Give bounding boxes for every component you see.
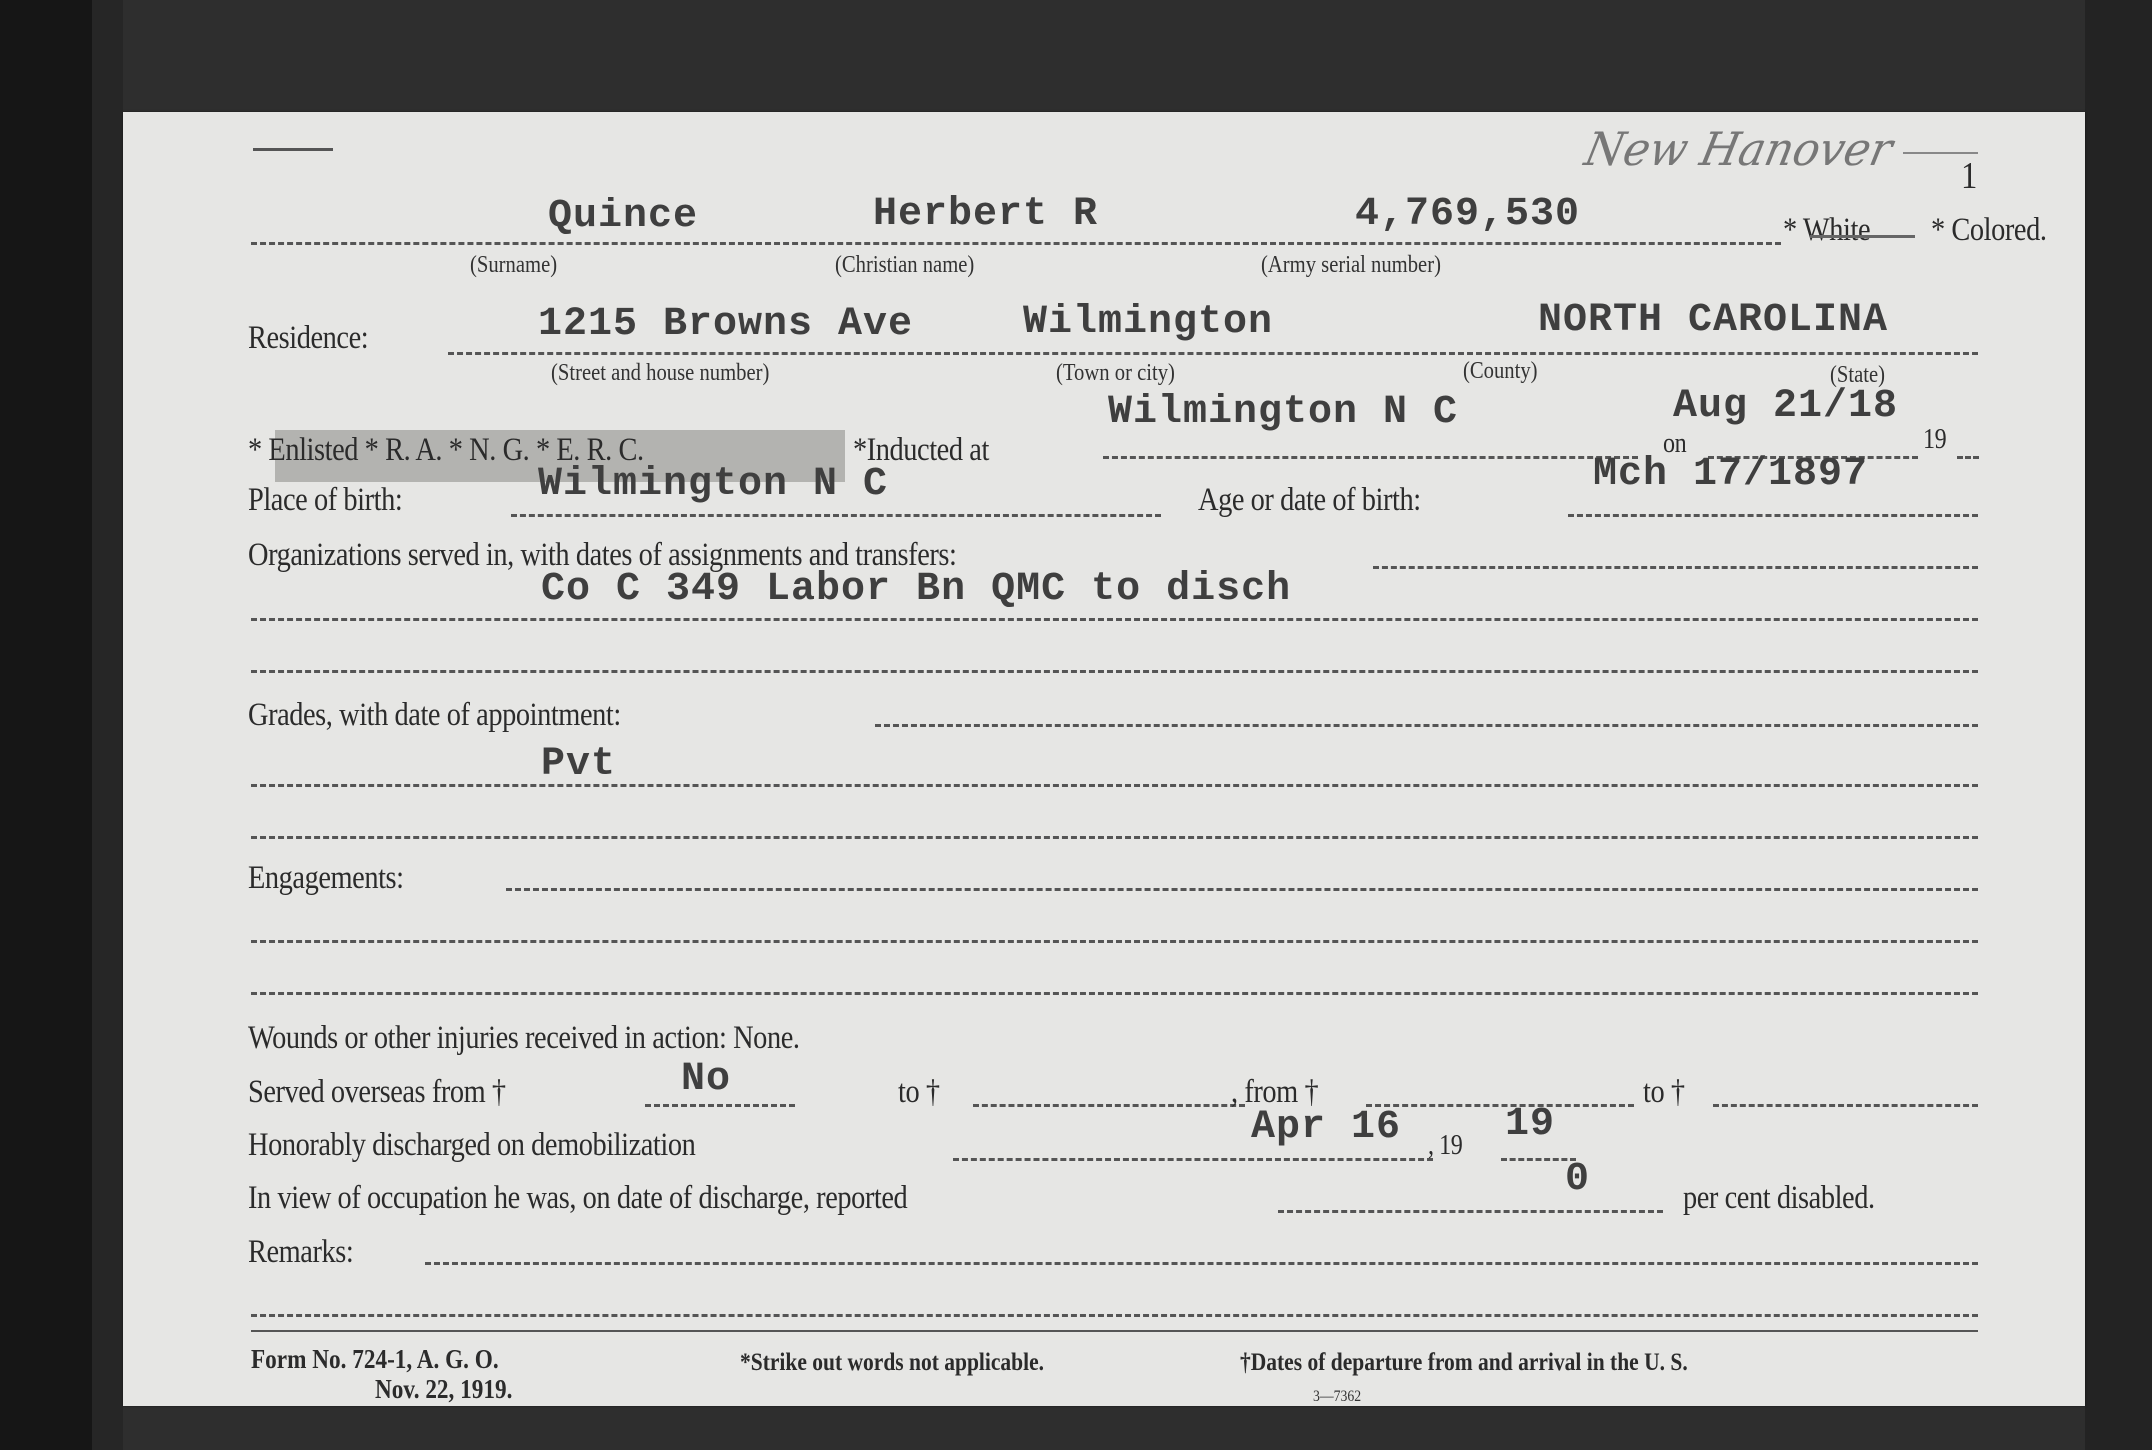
form-date: Nov. 22, 1919.	[375, 1374, 512, 1405]
place-of-birth-label: Place of birth:	[248, 482, 402, 519]
place-of-birth-line	[511, 514, 1161, 517]
race-white-strikeout	[1810, 235, 1915, 238]
scanner-left-band	[92, 0, 123, 1450]
overseas-to2-label: to †	[1643, 1074, 1685, 1111]
induction-year-line	[1957, 456, 1979, 459]
place-of-birth-value: Wilmington N C	[538, 462, 888, 507]
residence-label: Residence:	[248, 320, 368, 357]
overseas-from2-line	[1366, 1104, 1634, 1107]
date-of-birth-label: Age or date of birth:	[1198, 482, 1421, 519]
overseas-to2-line	[1713, 1104, 1978, 1107]
overseas-to-label: to †	[898, 1074, 940, 1111]
grades-label: Grades, with date of appointment:	[248, 697, 621, 734]
discharge-date-line	[953, 1158, 1433, 1161]
footer-rule	[251, 1330, 1978, 1332]
inducted-line	[1103, 456, 1638, 459]
organizations-line-1	[1373, 566, 1978, 569]
organizations-line-3	[251, 670, 1978, 673]
scanner-right-border	[2085, 0, 2152, 1450]
overseas-to-line	[973, 1104, 1245, 1107]
engagements-label: Engagements:	[248, 860, 404, 897]
remarks-line-2	[251, 1314, 1978, 1317]
engagements-line-3	[251, 992, 1978, 995]
organizations-value: Co C 349 Labor Bn QMC to disch	[541, 567, 1291, 612]
race-white-label: * White	[1783, 212, 1870, 248]
print-code: 3—7362	[1313, 1388, 1361, 1406]
remarks-label: Remarks:	[248, 1234, 353, 1271]
disability-percent-value: 0	[1565, 1157, 1590, 1202]
grades-line-2	[251, 784, 1978, 787]
discharge-label: Honorably discharged on demobilization	[248, 1127, 695, 1164]
overseas-from-value: No	[681, 1057, 731, 1102]
wounds-label: Wounds or other injuries received in act…	[248, 1020, 800, 1057]
dates-note: †Dates of departure from and arrival in …	[1240, 1349, 1688, 1377]
form-number: Form No. 724-1, A. G. O.	[251, 1344, 499, 1375]
card-number: 1	[1961, 154, 1977, 198]
grades-line-3	[251, 836, 1978, 839]
serial-number-caption: (Army serial number)	[1261, 252, 1441, 279]
date-of-birth-line	[1568, 514, 1978, 517]
discharge-year-prefix: , 19	[1428, 1130, 1462, 1162]
grades-value: Pvt	[541, 742, 616, 787]
residence-state-value: NORTH CAROLINA	[1538, 298, 1888, 343]
disability-line	[1278, 1210, 1663, 1213]
residence-line	[448, 352, 1978, 355]
engagements-line-2	[251, 940, 1978, 943]
engagements-line-1	[506, 888, 1978, 891]
christian-name-value: Herbert R	[873, 192, 1098, 237]
surname-value: Quince	[548, 194, 698, 239]
county-caption: (County)	[1463, 358, 1538, 385]
date-of-birth-value: Mch 17/1897	[1593, 452, 1868, 497]
induction-year-prefix: 19	[1923, 424, 1946, 456]
service-record-card: New Hanover 1 Quince Herbert R 4,769,530…	[123, 112, 2085, 1406]
race-colored-label: * Colored.	[1931, 212, 2047, 249]
residence-street-value: 1215 Browns Ave	[538, 302, 913, 347]
overseas-from-line	[645, 1104, 795, 1107]
residence-town-value: Wilmington	[1023, 300, 1273, 345]
grades-line-1	[875, 724, 1978, 727]
race-white-struck: * White	[1783, 212, 1870, 249]
street-caption: (Street and house number)	[551, 360, 769, 387]
scanner-left-border	[0, 0, 92, 1450]
handwritten-county: New Hanover	[1580, 122, 1897, 176]
discharge-date-value: Apr 16	[1251, 1105, 1401, 1150]
top-left-mark	[253, 148, 333, 151]
surname-caption: (Surname)	[470, 252, 557, 279]
induction-date-value: Aug 21/18	[1673, 384, 1898, 429]
overseas-from-label: Served overseas from †	[248, 1074, 506, 1111]
disability-suffix: per cent disabled.	[1683, 1180, 1875, 1217]
strike-out-note: *Strike out words not applicable.	[740, 1349, 1044, 1377]
name-line	[251, 242, 1781, 245]
christian-name-caption: (Christian name)	[835, 252, 974, 279]
disability-label: In view of occupation he was, on date of…	[248, 1180, 907, 1217]
discharge-year-value: 19	[1505, 1102, 1555, 1147]
serial-number-value: 4,769,530	[1355, 192, 1580, 237]
inducted-place-value: Wilmington N C	[1108, 390, 1458, 435]
town-caption: (Town or city)	[1056, 360, 1175, 387]
organizations-line-2	[251, 618, 1978, 621]
remarks-line-1	[425, 1262, 1978, 1265]
